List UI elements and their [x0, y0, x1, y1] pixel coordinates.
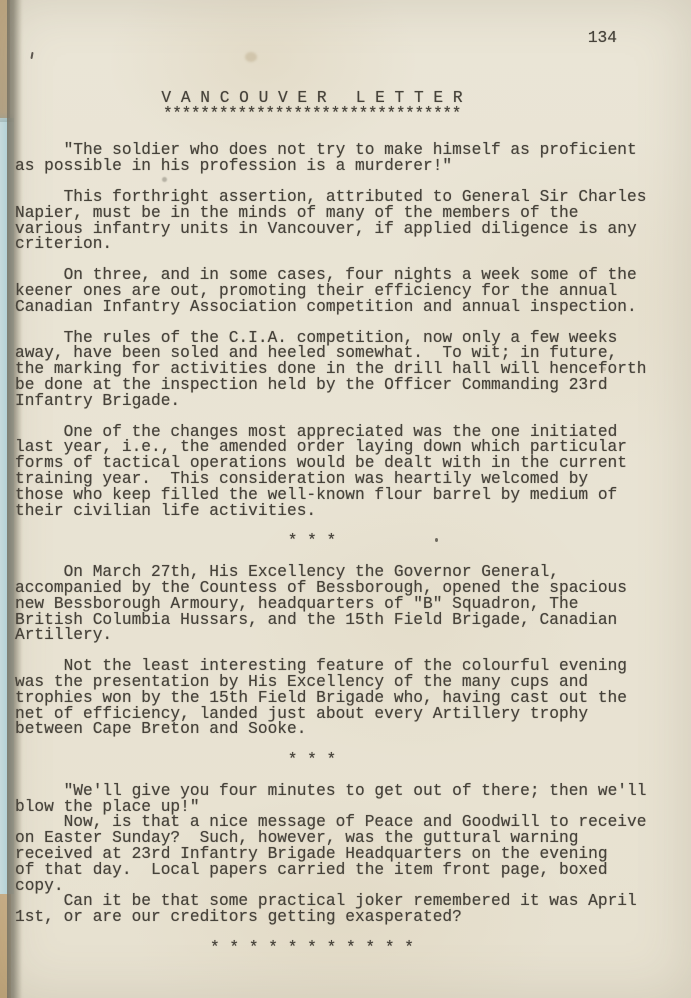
paper-stain — [245, 52, 257, 62]
paper-speck — [162, 177, 167, 182]
title-underline-asterisks: ******************************** — [0, 107, 637, 123]
typewritten-page: 134 V A N C O U V E R L E T T E R ******… — [15, 0, 665, 957]
paragraph-cia-rules: The rules of the C.I.A. competition, now… — [15, 331, 665, 410]
letter-heading: V A N C O U V E R L E T T E R **********… — [0, 91, 637, 123]
closing-asterisk-row: * * * * * * * * * * * — [0, 941, 637, 957]
ink-speck — [435, 538, 438, 542]
paragraph-four-nights: On three, and in some cases, four nights… — [15, 268, 665, 315]
paragraph-blow-up-quote: "We'll give you four minutes to get out … — [15, 784, 665, 816]
asterisk-separator: * * * — [0, 753, 637, 769]
paragraph-easter-warning: Now, is that a nice message of Peace and… — [15, 815, 665, 894]
paragraph-soldier-quote: "The soldier who does not try to make hi… — [15, 143, 665, 175]
page-number: 134 — [15, 31, 665, 47]
paragraph-armoury-opening: On March 27th, His Excellency the Govern… — [15, 565, 665, 644]
paragraph-napier-assertion: This forthright assertion, attributed to… — [15, 190, 665, 253]
paper-speck — [602, 367, 606, 371]
paragraph-practical-joker: Can it be that some practical joker reme… — [15, 894, 665, 926]
asterisk-separator: * * * — [0, 534, 637, 550]
paragraph-trophies: Not the least interesting feature of the… — [15, 659, 665, 738]
paragraph-amended-order: One of the changes most appreciated was … — [15, 425, 665, 520]
